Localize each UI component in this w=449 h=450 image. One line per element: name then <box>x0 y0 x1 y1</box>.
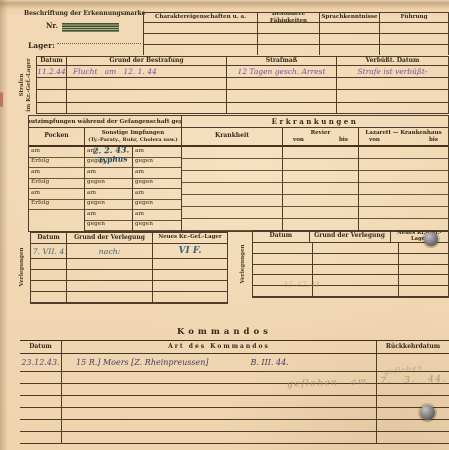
verlegungen-left-empty-rows <box>31 259 227 303</box>
blank-row <box>20 432 449 444</box>
col-sonstige-impfungen: Sonstige Impfungen (Ty.-Paraty., Ruhr, C… <box>85 128 181 145</box>
blank-row <box>31 270 227 281</box>
verlegungen-right-side-label: Verlegungen <box>240 234 250 294</box>
scan-edge-shadow <box>0 0 8 450</box>
blank-row <box>182 207 448 219</box>
qualities-header-row: Charaktereigenschaften u. a. Besondere F… <box>144 13 448 23</box>
impf-row-am: am am am <box>29 189 181 200</box>
blank-row <box>37 103 448 114</box>
col-grund-der-verlegung: Grund der Verlegung <box>67 233 153 243</box>
strafen-entry-strafmass: 12 Tagen gesch. Arrest <box>237 67 325 76</box>
blank-row <box>182 171 448 183</box>
col-charaktereigenschaften: Charaktereigenschaften u. a. <box>144 13 258 22</box>
impf-entry-against: Typhus <box>98 154 128 165</box>
blank-row <box>31 259 227 270</box>
blank-row <box>253 243 448 254</box>
blank-row <box>182 195 448 207</box>
verlegungen-left-header: Datum Grund der Verlegung Neues Kr.-Gef.… <box>31 233 227 244</box>
col-neues-lager: Neues Kr.-Gef.-Lager <box>391 231 448 242</box>
blank-row <box>144 45 448 55</box>
verlegungen-pencil-note: 15. 12. 44 <box>284 281 320 289</box>
lager-blank-line <box>57 43 141 44</box>
col-rueckkehrdatum: Rückkehrdatum <box>377 341 449 353</box>
strafen-header-row: Datum Grund der Bestrafung Strafmaß Verb… <box>37 57 448 66</box>
nr-label: Nr. <box>46 21 58 30</box>
impfungen-subheader: Pocken Sonstige Impfungen (Ty.-Paraty., … <box>29 128 181 147</box>
qualities-table: Charaktereigenschaften u. a. Besondere F… <box>143 12 449 55</box>
blank-row <box>20 396 449 408</box>
verlegungen-right-header: Datum Grund der Verlegung Neues Kr.-Gef.… <box>253 231 448 243</box>
verl-entry-datum: 17. VII. 41 <box>31 247 67 256</box>
kommando-entry-datum: 23.12.43. <box>21 358 59 367</box>
col-datum: Datum <box>37 57 67 65</box>
col-verbuesst-datum: Verbüßt. Datum <box>337 57 448 65</box>
erkrankungen-table: Erkrankungen Krankheit Revier von bis La… <box>181 115 449 232</box>
col-grund-der-bestrafung: Grund der Bestrafung <box>67 57 227 65</box>
blank-row <box>253 254 448 265</box>
blank-row <box>253 275 448 286</box>
strafen-empty-rows <box>37 78 448 114</box>
impfungen-table: Schutzimpfungen während der Gefangenscha… <box>28 115 181 232</box>
strafen-entry-verbuesst: Strafe ist verbüßt- <box>358 67 428 76</box>
hole-punch-bottom <box>420 405 435 420</box>
strafen-table: Datum Grund der Bestrafung Strafmaß Verb… <box>36 56 449 114</box>
kommandos-header: Datum Art des Kommandos Rückkehrdatum <box>20 341 449 354</box>
col-strafmass: Strafmaß <box>227 57 337 65</box>
verlegungen-left-table: Datum Grund der Verlegung Neues Kr.-Gef.… <box>30 232 228 304</box>
col-pocken: Pocken <box>29 128 85 145</box>
col-krankheit: Krankheit <box>182 128 283 145</box>
hole-punch-top <box>424 232 438 246</box>
col-besondere-faehigkeiten: Besondere Fähigkeiten <box>258 13 320 22</box>
col-datum: Datum <box>253 231 310 242</box>
col-art-des-kommandos: Art des Kommandos <box>62 341 377 353</box>
erkrankungen-body <box>182 147 448 231</box>
blank-row <box>20 408 449 420</box>
erkennungsmarke-title: Beschriftung der Erkennungsmarke <box>24 10 142 17</box>
blank-row <box>182 147 448 159</box>
red-edge-mark <box>0 92 3 107</box>
strafen-entry-grund: Flucht am 12. 1. 44 <box>73 67 157 76</box>
verlegungen-right-empty-rows <box>253 243 448 297</box>
kommandos-table: Datum Art des Kommandos Rückkehrdatum 23… <box>20 340 449 444</box>
impf-row-gegen-extra: gegen gegen <box>29 221 181 232</box>
col-neues-lager: Neues Kr.-Gef.-Lager <box>153 233 227 243</box>
col-lazarett: Lazarett — Krankenhaus von bis <box>359 128 448 145</box>
blank-row <box>144 23 448 34</box>
pow-record-card-scan: Beschriftung der Erkennungsmarke Nr. Lag… <box>0 0 449 450</box>
kommandos-title: Kommandos <box>0 327 449 337</box>
strafen-entry-datum: 11.2.44 <box>37 67 66 76</box>
blank-row <box>37 90 448 102</box>
erkrankungen-header: Erkrankungen <box>182 116 448 128</box>
verl-entry-grund: nach: <box>99 247 121 256</box>
kommando-entry-until: B. III. 44. <box>250 358 288 367</box>
verlegungen-left-side-label: Verlegungen <box>19 237 29 297</box>
blank-row <box>31 281 227 292</box>
erkrankungen-rows <box>182 147 448 231</box>
col-sprachkenntnisse: Sprachkenntnisse <box>320 13 380 22</box>
blank-row <box>253 265 448 276</box>
col-fuehrung: Führung <box>380 13 448 22</box>
verlegungen-left-entry: 17. VII. 41 nach: VI F. <box>31 244 227 259</box>
blank-row <box>182 159 448 171</box>
impfungen-header: Schutzimpfungen während der Gefangenscha… <box>29 116 181 128</box>
blank-row <box>20 420 449 432</box>
blank-row <box>182 183 448 195</box>
kommando-entry-art: 15 R.] Moers [Z. Rheinpreussen] <box>76 358 208 367</box>
impf-row-am: am am am <box>29 168 181 179</box>
blank-row <box>253 286 448 297</box>
col-datum: Datum <box>20 341 62 353</box>
strafen-side-label: Strafen im Kr.-Gef.-Lager <box>19 56 35 114</box>
impf-row-erfolg: Erfolg gegen gegen <box>29 179 181 190</box>
qualities-empty-rows <box>144 23 448 55</box>
col-grund-der-verlegung: Grund der Verlegung <box>310 231 391 242</box>
col-revier: Revier von bis <box>283 128 359 145</box>
blank-row <box>144 34 448 45</box>
lager-label: Lager: <box>28 41 55 50</box>
verl-entry-lager: VI F. <box>179 246 202 256</box>
col-datum: Datum <box>31 233 67 243</box>
impf-row-erfolg: Erfolg gegen gegen <box>29 200 181 211</box>
erkennungsmarke-number-redacted <box>62 23 119 32</box>
impf-row-am-extra: am am <box>29 210 181 221</box>
blank-row <box>31 292 227 303</box>
verlegungen-right-table: Datum Grund der Verlegung Neues Kr.-Gef.… <box>252 230 449 298</box>
erkrankungen-subheader: Krankheit Revier von bis Lazarett — Kran… <box>182 128 448 147</box>
strafen-entry-row: 11.2.44 Flucht am 12. 1. 44 12 Tagen ges… <box>37 66 448 78</box>
blank-row <box>37 78 448 90</box>
